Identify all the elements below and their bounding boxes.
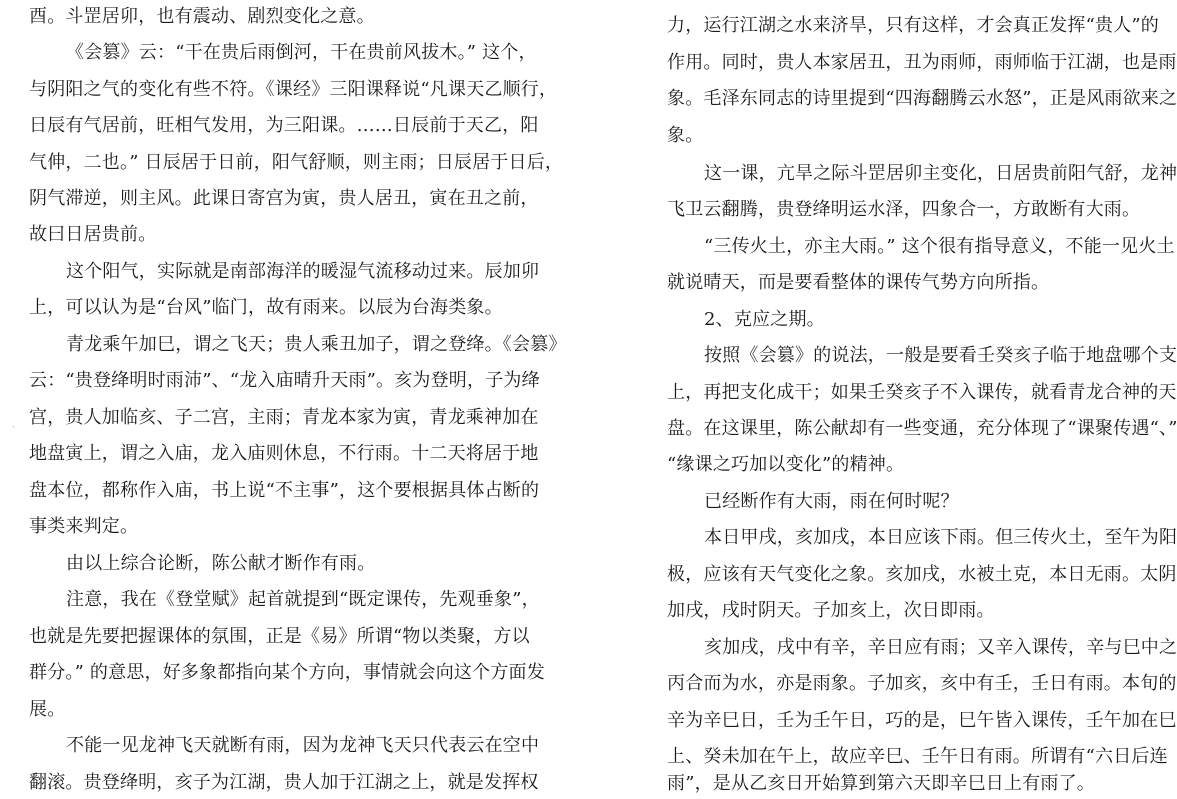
right-page: 力，运行江湖之水来济旱，只有这样，才会真正发挥“贵人”的 作用。同时，贵人本家居… — [667, 0, 1137, 799]
text-line: 酉。斗罡居卯，也有震动、剧烈变化之意。 — [29, 5, 375, 29]
text-line: 辛为辛巳日，壬为壬午日，巧的是，巳午皆入课传，壬午加在巳 — [667, 709, 1177, 733]
section-heading: 2、克应之期。 — [704, 308, 825, 332]
text-line: 就说晴天，而是要看整体的课传气势方向所指。 — [667, 271, 1049, 295]
text-line: 由以上综合论断，陈公献才断作有雨。 — [66, 552, 375, 576]
text-line: 本日甲戌，亥加戌，本日应该下雨。但三传火土，至午为阳 — [704, 526, 1177, 550]
text-line: 雨”，是从乙亥日开始算到第六天即辛巳日上有雨了。 — [667, 772, 1095, 796]
text-line: 青龙乘午加巳，谓之飞天；贵人乘丑加子，谓之登绛。《会篡》 — [66, 333, 567, 357]
text-line: 上，再把支化成干；如果壬癸亥子不入课传，就看青龙合神的天 — [667, 381, 1177, 405]
text-line: 上，可以认为是“台风”临门，故有雨来。以辰为台海类象。 — [29, 296, 503, 320]
text-line: 盘。在这课里，陈公献却有一些变通，充分体现了“课聚传遇“、” — [667, 417, 1177, 441]
text-line: 按照《会篡》的说法，一般是要看壬癸亥子临于地盘哪个支 — [704, 344, 1177, 368]
text-line: 日辰有气居前，旺相气发用，为三阳课。……日辰前于天乙，阳 — [29, 114, 539, 138]
text-line: 事类来判定。 — [29, 515, 138, 539]
text-line: 象。 — [667, 124, 703, 148]
text-line: 《会篡》云：“干在贵后雨倒河，干在贵前风拔木。” 这个， — [66, 41, 537, 65]
text-line: “缘课之巧加以变化”的精神。 — [667, 453, 904, 477]
text-line: 注意，我在《登堂赋》起首就提到“既定课传，先观垂象”， — [66, 588, 540, 612]
text-line: 气伸，二也。” 日辰居于日前，阳气舒顺，则主雨；日辰居于日后， — [29, 151, 563, 175]
text-line: 与阴阳之气的变化有些不符。《课经》三阳课释说“凡课天乙顺行， — [29, 78, 557, 102]
text-line: 亥加戌，戌中有辛，辛日应有雨；又辛入课传，辛与巳中之 — [704, 636, 1177, 660]
text-line: 力，运行江湖之水来济旱，只有这样，才会真正发挥“贵人”的 — [667, 14, 1159, 38]
text-line: 加戌，戌时阴天。子加亥上，次日即雨。 — [667, 599, 995, 623]
text-line: 极，应该有天气变化之象。亥加戌，水被土克，本日无雨。太阴 — [667, 563, 1177, 587]
text-line: “三传火土，亦主大雨。” 这个很有指导意义，不能一见火土 — [704, 235, 1175, 259]
text-line: 展。 — [29, 698, 65, 722]
text-line: 地盘寅上，谓之入庙，龙入庙则休息，不行雨。十二天将居于地 — [29, 442, 539, 466]
text-line: 这一课，亢旱之际斗罡居卯主变化，日居贵前阳气舒，龙神 — [704, 162, 1177, 186]
text-line: 已经断作有大雨，雨在何时呢？ — [704, 490, 959, 514]
text-line: 阴气滞逆，则主风。此课日寄宫为寅，贵人居丑，寅在丑之前， — [29, 187, 539, 211]
text-line: 作用。同时，贵人本家居丑，丑为雨师，雨师临于江湖，也是雨 — [667, 51, 1177, 75]
text-line: 上、癸未加在午上，故应辛巳、壬午日有雨。所谓有“六日后连 — [667, 745, 1168, 769]
text-line: 飞卫云翻腾，贵登绛明运水泽，四象合一，方敢断有大雨。 — [667, 198, 1140, 222]
text-line: 云：“贵登绛明时雨沛”、“龙入庙晴升天雨”。亥为登明，子为绛 — [29, 369, 540, 393]
text-line: 宫，贵人加临亥、子二宫，主雨；青龙本家为寅，青龙乘神加在 — [29, 406, 539, 430]
text-line: 丙合而为水，亦是雨象。子加亥，亥中有壬，壬日有雨。本旬的 — [667, 672, 1177, 696]
text-line: 群分。” 的意思，好多象都指向某个方向，事情就会向这个方面发 — [29, 661, 545, 685]
text-line: 翻滚。贵登绛明，亥子为江湖，贵人加于江湖之上，就是发挥权 — [29, 771, 539, 795]
text-line: 象。毛泽东同志的诗里提到“四海翻腾云水怒”，正是风雨欲来之 — [667, 87, 1177, 111]
text-line: 也就是先要把握课体的氛围，正是《易》所谓“物以类聚，方以 — [29, 625, 530, 649]
scan-artifact: ˏ — [12, 417, 15, 428]
text-line: 故曰日居贵前。 — [29, 223, 156, 247]
text-line: 这个阳气，实际就是南部海洋的暖湿气流移动过来。辰加卯 — [66, 260, 539, 284]
left-page: 酉。斗罡居卯，也有震动、剧烈变化之意。 《会篡》云：“干在贵后雨倒河，干在贵前风… — [29, 0, 499, 799]
text-line: 不能一见龙神飞天就断有雨，因为龙神飞天只代表云在空中 — [66, 734, 539, 758]
text-line: 盘本位，都称作入庙，书上说“不主事”，这个要根据具体占断的 — [29, 479, 539, 503]
